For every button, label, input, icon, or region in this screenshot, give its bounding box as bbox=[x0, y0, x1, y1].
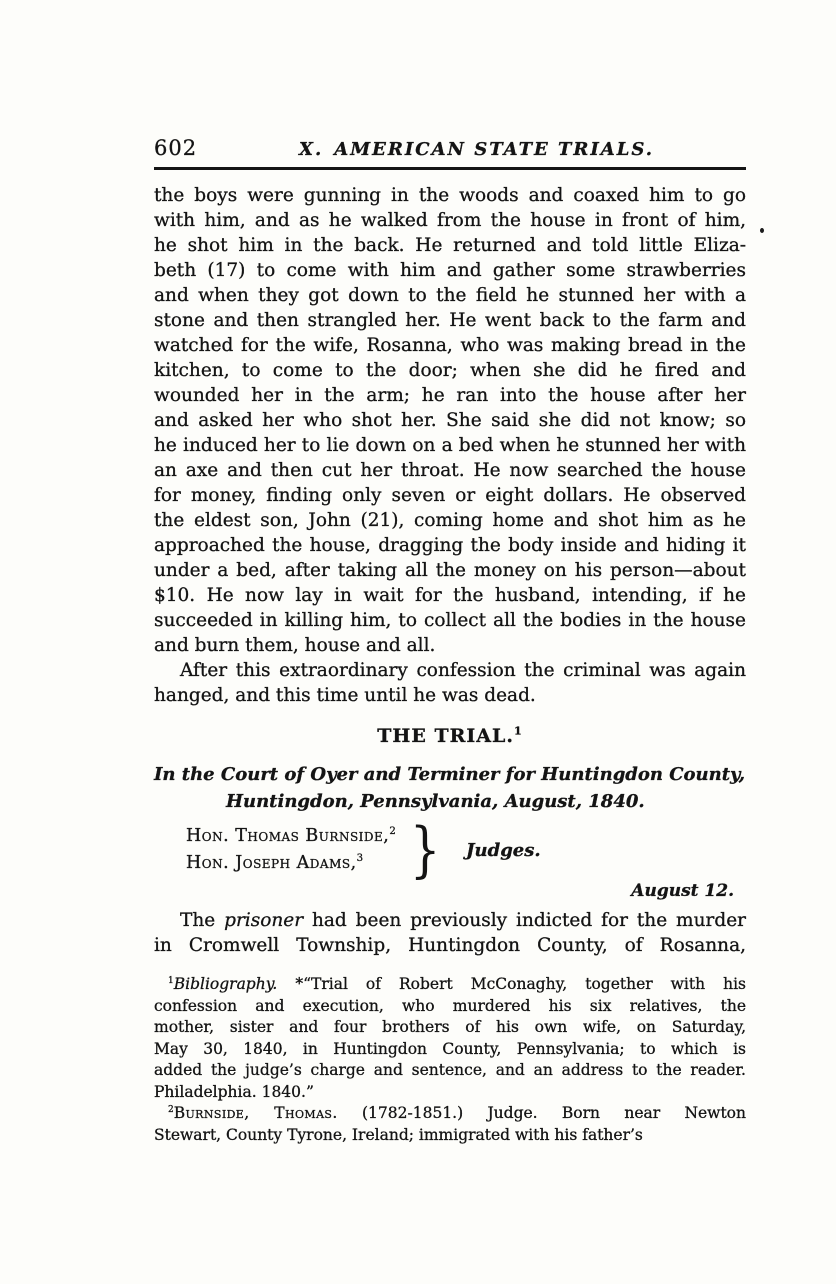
text-line: beth (17) to come with him and gather so… bbox=[154, 258, 746, 283]
text-line: in Cromwell Township, Huntingdon County,… bbox=[154, 933, 746, 958]
judge-entry: Hon. Thomas Burnside,2 bbox=[186, 823, 396, 850]
text-line: wounded her in the arm; he ran into the … bbox=[154, 383, 746, 408]
text-line: approached the house, dragging the body … bbox=[154, 533, 746, 558]
session-date: August 12. bbox=[154, 879, 746, 904]
text-line: he shot him in the back. He returned and… bbox=[154, 233, 746, 258]
paragraph-indictment: The prisoner had been previously indicte… bbox=[154, 908, 746, 958]
text-run: (1782-1851.) Judge. Born near Newton bbox=[338, 1104, 746, 1122]
body-text: the boys were gunning in the woods and c… bbox=[154, 183, 746, 1146]
footnote-line: 1Bibliography. *“Trial of Robert McConag… bbox=[154, 974, 746, 996]
text-line: $10. He now lay in wait for the husband,… bbox=[154, 583, 746, 608]
footnote-line: mother, sister and four brothers of his … bbox=[154, 1017, 746, 1039]
court-caption-line: Huntingdon, Pennsylvania, August, 1840. bbox=[154, 788, 746, 815]
text-line: the boys were gunning in the woods and c… bbox=[154, 183, 746, 208]
judge-name: Hon. Thomas Burnside, bbox=[186, 826, 389, 846]
text-line: The prisoner had been previously indicte… bbox=[154, 908, 746, 933]
text-line: the eldest son, John (21), coming home a… bbox=[154, 508, 746, 533]
text-line: After this extraordinary confession the … bbox=[154, 658, 746, 683]
judges-block: Hon. Thomas Burnside,2 Hon. Joseph Adams… bbox=[186, 823, 746, 877]
judge-names: Hon. Thomas Burnside,2 Hon. Joseph Adams… bbox=[186, 823, 396, 877]
text-run: The bbox=[180, 910, 224, 931]
scanned-book-page: 602 X. AMERICAN STATE TRIALS. the boys w… bbox=[0, 0, 836, 1284]
judge-entry: Hon. Joseph Adams,3 bbox=[186, 850, 396, 877]
footnote-burnside-bio: 2Burnside, Thomas. (1782-1851.) Judge. B… bbox=[154, 1103, 746, 1146]
footnote-line: added the judge’s charge and sentence, a… bbox=[154, 1060, 746, 1082]
text-run: *“Trial of Robert McConaghy, together wi… bbox=[277, 975, 746, 993]
header-rule bbox=[154, 167, 746, 170]
text-line: and asked her who shot her. She said she… bbox=[154, 408, 746, 433]
footnote-line: Stewart, County Tyrone, Ireland; immigra… bbox=[154, 1125, 746, 1147]
bibliography-label: Bibliography. bbox=[174, 975, 278, 993]
text-line: kitchen, to come to the door; when she d… bbox=[154, 358, 746, 383]
text-run: had been previously indicted for the mur… bbox=[303, 910, 746, 931]
running-header: 602 X. AMERICAN STATE TRIALS. bbox=[154, 136, 746, 160]
text-line: hanged, and this time until he was dead. bbox=[154, 683, 746, 708]
footnote-line: confession and execution, who murdered h… bbox=[154, 996, 746, 1018]
text-line: stone and then strangled her. He went ba… bbox=[154, 308, 746, 333]
paragraph-confession: the boys were gunning in the woods and c… bbox=[154, 183, 746, 658]
judge-name: Hon. Joseph Adams, bbox=[186, 853, 357, 873]
footnote-line: Philadelphia. 1840.” bbox=[154, 1082, 746, 1104]
court-caption: In the Court of Oyer and Terminer for Hu… bbox=[154, 761, 746, 815]
page-content: 602 X. AMERICAN STATE TRIALS. the boys w… bbox=[154, 136, 746, 1146]
text-line: watched for the wife, Rosanna, who was m… bbox=[154, 333, 746, 358]
footnote-ref-1: 1 bbox=[514, 725, 523, 738]
brace-glyph: } bbox=[410, 838, 441, 863]
footnote-line: May 30, 1840, in Huntingdon County, Penn… bbox=[154, 1039, 746, 1061]
running-head-title: X. AMERICAN STATE TRIALS. bbox=[197, 139, 746, 160]
court-caption-line: In the Court of Oyer and Terminer for Hu… bbox=[154, 761, 746, 788]
footnote-bibliography: 1Bibliography. *“Trial of Robert McConag… bbox=[154, 974, 746, 1103]
text-line: for money, finding only seven or eight d… bbox=[154, 483, 746, 508]
text-line: and when they got down to the field he s… bbox=[154, 283, 746, 308]
text-line: an axe and then cut her throat. He now s… bbox=[154, 458, 746, 483]
footnotes: 1Bibliography. *“Trial of Robert McConag… bbox=[154, 974, 746, 1146]
judges-role-label: Judges. bbox=[466, 838, 541, 863]
trial-heading-text: THE TRIAL. bbox=[377, 725, 514, 747]
paragraph-hanged-again: After this extraordinary confession the … bbox=[154, 658, 746, 708]
footnote-ref-2: 2 bbox=[389, 826, 395, 837]
text-line: and burn them, house and all. bbox=[154, 633, 746, 658]
text-line: succeeded in killing him, to collect all… bbox=[154, 608, 746, 633]
trial-section-heading: THE TRIAL.1 bbox=[154, 724, 746, 749]
burnside-name: Burnside, Thomas. bbox=[174, 1104, 338, 1122]
footnote-line: 2Burnside, Thomas. (1782-1851.) Judge. B… bbox=[154, 1103, 746, 1125]
footnote-ref-3: 3 bbox=[357, 853, 363, 864]
text-line: he induced her to lie down on a bed when… bbox=[154, 433, 746, 458]
page-number: 602 bbox=[154, 136, 197, 160]
text-line: under a bed, after taking all the money … bbox=[154, 558, 746, 583]
text-line: with him, and as he walked from the hous… bbox=[154, 208, 746, 233]
ink-speck-artifact bbox=[760, 228, 764, 233]
prisoner-italic: prisoner bbox=[224, 910, 303, 931]
